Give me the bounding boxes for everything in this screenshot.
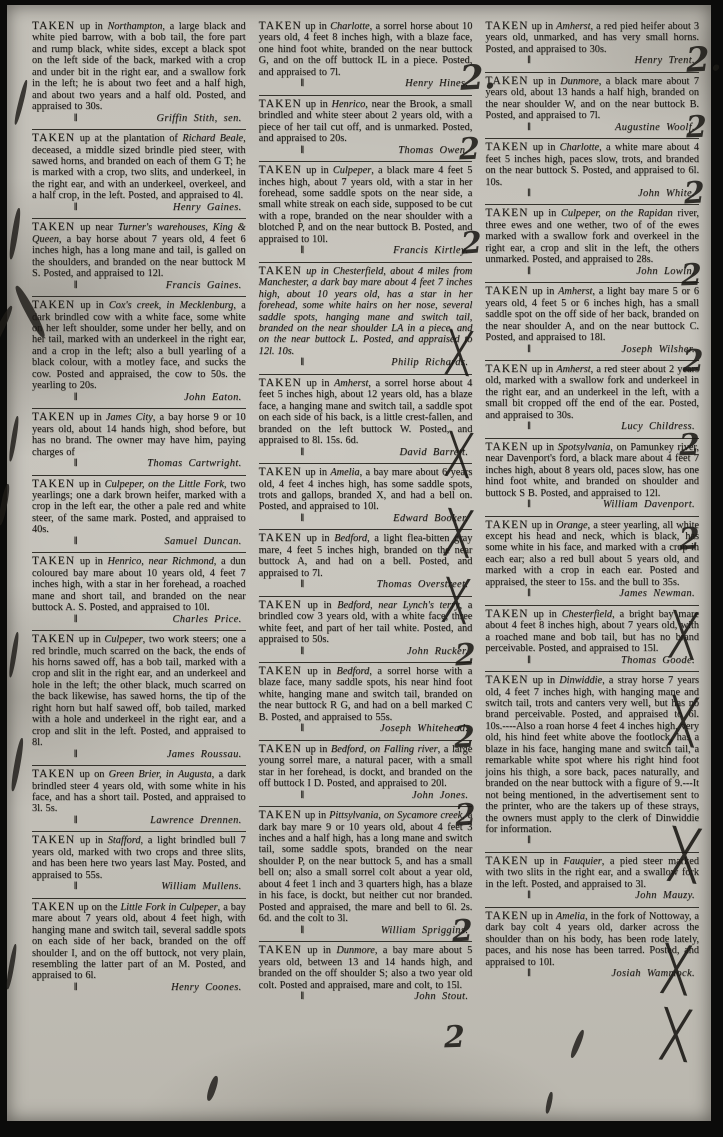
signature: David Barrett. <box>304 447 468 460</box>
signature-row: ‖Thomas Overstreet. <box>259 579 473 592</box>
signature-row: ‖Griffin Stith, sen. <box>32 113 246 126</box>
notice-lead-word: TAKEN <box>485 910 528 922</box>
estray-notice: TAKEN up in Orange, a steer yearling, al… <box>485 516 699 603</box>
notice-opening: up in <box>529 911 556 922</box>
estray-notice: TAKEN up in Culpeper, on the Little Fork… <box>32 475 246 551</box>
notice-body: TAKEN up in Dunmore, a bay mare about 5 … <box>259 945 473 991</box>
notice-body: TAKEN up in Charlotte, a white mare abou… <box>485 142 699 188</box>
notice-opening: up in <box>302 378 334 389</box>
signature-row: ‖Philip Richards. <box>259 357 473 370</box>
notice-place: Little Fork in Culpeper <box>120 902 217 913</box>
notice-body: TAKEN up at the plantation of Richard Be… <box>32 133 246 202</box>
notice-columns: TAKEN up in Northampton, a large black a… <box>7 5 711 1005</box>
signature-row: ‖John Mauzy. <box>485 890 699 903</box>
notice-opening: up in <box>75 412 106 423</box>
notice-body: TAKEN up in Spotsylvania, on Pamunkey ri… <box>485 442 699 499</box>
notice-body: TAKEN up in Chesterfield, a bright bay m… <box>485 609 699 655</box>
notice-body: TAKEN up in Culpeper, on the Rapidan riv… <box>485 208 699 265</box>
signature-row: ‖John Lowin. <box>485 266 699 279</box>
notice-body: TAKEN up in Pittsylvania, on Sycamore cr… <box>259 810 473 925</box>
notice-body: TAKEN up in Orange, a steer yearling, al… <box>485 520 699 589</box>
notice-text: , a dark bay mare 9 or 10 years old, abo… <box>259 810 473 924</box>
signature: Joseph Wilsher. <box>531 344 695 357</box>
notice-body: TAKEN up in Amelia, in the fork of Notto… <box>485 911 699 968</box>
estray-notice: TAKEN up in Northampton, a large black a… <box>32 18 246 127</box>
estray-notice: TAKEN up in Amherst, a red pied heifer a… <box>485 18 699 70</box>
notice-opening: up in <box>302 600 337 611</box>
estray-notice: TAKEN up in Henrico, near Richmond, a du… <box>32 552 246 628</box>
estray-notice: TAKEN up in Spotsylvania, on Pamunkey ri… <box>485 438 699 514</box>
notice-lead-word: TAKEN <box>32 299 75 311</box>
notice-place: Richard Beale <box>182 133 243 144</box>
estray-notice: TAKEN up in Amelia, in the fork of Notto… <box>485 907 699 983</box>
signature: Charles Price. <box>77 614 241 627</box>
signature-row: ‖Samuel Duncan. <box>32 536 246 549</box>
signature-row: ‖David Barrett. <box>259 447 473 460</box>
signature-row: ‖Henry Coones. <box>32 982 246 995</box>
notice-body: TAKEN up in James City, a bay horse 9 or… <box>32 412 246 458</box>
notice-body: TAKEN up in Cox's creek, in Mecklenburg,… <box>32 300 246 392</box>
notice-place: Dunmore <box>560 76 599 87</box>
signature: Philip Richards. <box>304 357 468 370</box>
signature-row: ‖Josiah Wammock. <box>485 968 699 981</box>
notice-place: Amherst <box>558 286 592 297</box>
notice-lead-word: TAKEN <box>485 20 528 32</box>
signature-row: ‖Francis Kirtley. <box>259 245 473 258</box>
estray-notice: TAKEN up in Culpeper, two work steers; o… <box>32 630 246 763</box>
notice-opening: up near <box>75 222 118 233</box>
notice-place: Culpeper <box>333 165 371 176</box>
signature-row: ‖Joseph Wilsher. <box>485 344 699 357</box>
notice-opening: up in <box>75 835 108 846</box>
signature-row: ‖William Davenport. <box>485 499 699 512</box>
estray-notice: TAKEN up in Pittsylvania, on Sycamore cr… <box>259 806 473 939</box>
notice-lead-word: TAKEN <box>259 98 302 110</box>
notice-body: TAKEN up in Bedford, near Lynch's terry,… <box>259 600 473 646</box>
signature-row: ‖Thomas Owen. <box>259 145 473 158</box>
notice-place: Bedford, near Lynch's terry <box>337 600 459 611</box>
signature: James Newman. <box>531 588 695 601</box>
signature-row: ‖John White. <box>485 188 699 201</box>
notice-opening: up in <box>529 364 557 375</box>
signature: John Rucker. <box>304 646 468 659</box>
notice-body: TAKEN up in Amherst, a sorrel horse abou… <box>259 378 473 447</box>
estray-notice: TAKEN up in Chesterfield, about 4 miles … <box>259 262 473 372</box>
signature-row: ‖Lawrence Drennen. <box>32 815 246 828</box>
notice-opening: up in <box>529 520 557 531</box>
signature: James Roussau. <box>77 749 241 762</box>
column-middle: TAKEN up in Charlotte, a sorrel horse ab… <box>259 18 473 1005</box>
notice-lead-word: TAKEN <box>485 75 528 87</box>
estray-notice: TAKEN up in Henrico, near the Brook, a s… <box>259 95 473 159</box>
notice-body: TAKEN up in Henrico, near Richmond, a du… <box>32 556 246 613</box>
signature: Edward Booker. <box>304 513 468 526</box>
estray-notice: TAKEN up in Charlotte, a sorrel horse ab… <box>259 18 473 93</box>
signature-row: ‖James Roussau. <box>32 749 246 762</box>
notice-lead-word: TAKEN <box>259 809 302 821</box>
estray-notice: TAKEN up in Bedford, on Falling river, a… <box>259 740 473 804</box>
notice-lead-word: TAKEN <box>32 834 75 846</box>
signature: Thomas Overstreet. <box>304 579 468 592</box>
notice-place: Amherst <box>556 364 590 375</box>
estray-notice: TAKEN up in Dunmore, a black mare about … <box>485 72 699 136</box>
signature-row: ‖Thomas Cartwright. <box>32 458 246 471</box>
notice-lead-word: TAKEN <box>485 855 528 867</box>
column-right: TAKEN up in Amherst, a red pied heifer a… <box>485 18 699 1005</box>
signature-row: ‖Henry Gaines. <box>32 202 246 215</box>
notice-lead-word: TAKEN <box>32 411 75 423</box>
signature-row: ‖John Eaton. <box>32 392 246 405</box>
notice-place: Dinwiddie <box>559 675 602 686</box>
signature-row: ‖Henry Trent. <box>485 55 699 68</box>
notice-body: TAKEN up in Dunmore, a black mare about … <box>485 76 699 122</box>
estray-notice: TAKEN up in Bedford, a sorrel horse with… <box>259 662 473 738</box>
notice-lead-word: TAKEN <box>32 478 75 490</box>
notice-place: Amelia <box>330 467 359 478</box>
signature: Henry Coones. <box>77 982 241 995</box>
signature: Henry Gaines. <box>77 202 241 215</box>
notice-body: TAKEN up near Turner's warehouses, King … <box>32 222 246 279</box>
notice-lead-word: TAKEN <box>485 363 528 375</box>
signature: William Davenport. <box>531 499 695 512</box>
notice-body: TAKEN up in Culpeper, on the Little Fork… <box>32 479 246 536</box>
signature-row: ‖James Newman. <box>485 588 699 601</box>
notice-opening: up in <box>302 666 337 677</box>
notice-body: TAKEN up in Amelia, a bay mare about 6 y… <box>259 467 473 513</box>
signature: John Eaton. <box>77 392 241 405</box>
notice-body: TAKEN up in Culpeper, a black mare 4 fee… <box>259 165 473 245</box>
notice-opening: up in <box>75 634 104 645</box>
notice-place: Bedford <box>334 533 367 544</box>
notice-body: TAKEN up in Northampton, a large black a… <box>32 21 246 113</box>
signature: Josiah Wammock. <box>531 968 695 981</box>
notice-opening: up in <box>302 266 333 277</box>
notice-place: Chesterfield <box>333 266 383 277</box>
notice-body: TAKEN up in Henrico, near the Brook, a s… <box>259 99 473 145</box>
notice-lead-word: TAKEN <box>485 285 528 297</box>
notice-text: , a sorrel horse about 4 feet 5 inches h… <box>259 378 473 446</box>
notice-place: Cox's creek, in Mecklenburg <box>109 300 234 311</box>
notice-body: TAKEN up in Amherst, a light bay mare 5 … <box>485 286 699 343</box>
notice-lead-word: TAKEN <box>485 608 528 620</box>
notice-place: Charlotte <box>560 142 599 153</box>
notice-opening: up in <box>529 856 564 867</box>
notice-place: Spotsylvania <box>558 442 611 453</box>
signature-row: ‖Augustine Woolf. <box>485 122 699 135</box>
notice-lead-word: TAKEN <box>485 441 528 453</box>
signature: Thomas Owen. <box>304 145 468 158</box>
notice-body: TAKEN up in Fauquier, a pied steer marke… <box>485 856 699 890</box>
notice-body: TAKEN up in Amherst, a red steer about 2… <box>485 364 699 421</box>
notice-place: Culpeper <box>104 634 142 645</box>
estray-notice: TAKEN up in Bedford, a light flea-bitten… <box>259 529 473 593</box>
section-mark-icon: ‖ <box>527 835 530 848</box>
estray-notice: TAKEN up in Charlotte, a white mare abou… <box>485 138 699 202</box>
signature: Augustine Woolf. <box>531 122 695 135</box>
notice-lead-word: TAKEN <box>32 132 75 144</box>
notice-body: TAKEN up in Bedford, on Falling river, a… <box>259 744 473 790</box>
notice-opening: up in <box>75 21 107 32</box>
notice-opening: up in <box>529 675 560 686</box>
signature: William Mullens. <box>77 881 241 894</box>
notice-opening: up in <box>302 467 331 478</box>
notice-place: Pittsylvania, on Sycamore creek <box>329 810 462 821</box>
notice-place: Culpeper, on the Rapidan <box>561 208 673 219</box>
estray-notice: TAKEN up in Stafford, a light brindled b… <box>32 831 246 895</box>
notice-body: TAKEN up on Green Brier, in Augusta, a d… <box>32 769 246 815</box>
notice-place: James City <box>106 412 153 423</box>
notice-lead-word: TAKEN <box>259 944 302 956</box>
signature-row: ‖Francis Gaines. <box>32 280 246 293</box>
notice-lead-word: TAKEN <box>32 221 75 233</box>
notice-lead-word: TAKEN <box>259 599 302 611</box>
notice-body: TAKEN up in Charlotte, a sorrel horse ab… <box>259 21 473 78</box>
notice-lead-word: TAKEN <box>485 519 528 531</box>
notice-opening: up in <box>529 76 561 87</box>
estray-notice: TAKEN up on Green Brier, in Augusta, a d… <box>32 765 246 829</box>
notice-text: , about 4 miles from Manchester, a dark … <box>259 266 473 357</box>
notice-lead-word: TAKEN <box>485 674 528 686</box>
notice-text: , a dark brindled cow with a white face,… <box>32 300 246 391</box>
signature: Samuel Duncan. <box>77 536 241 549</box>
signature-row: ‖William Mullens. <box>32 881 246 894</box>
notice-body: TAKEN up in Amherst, a red pied heifer a… <box>485 21 699 55</box>
signature: John Stout. <box>304 991 468 1004</box>
notice-lead-word: TAKEN <box>32 768 75 780</box>
signature-row: ‖John Stout. <box>259 991 473 1004</box>
notice-opening: up in <box>529 609 562 620</box>
notice-text: , a large black and white pied barrow, w… <box>32 21 246 112</box>
notice-opening: up in <box>302 99 332 110</box>
estray-notice: TAKEN up in Bedford, near Lynch's terry,… <box>259 596 473 660</box>
notice-opening: up in <box>302 945 336 956</box>
notice-text: , a stray horse 7 years old, 4 feet 7 in… <box>485 675 699 835</box>
notice-lead-word: TAKEN <box>32 555 75 567</box>
signature-row: ‖Lucy Childress. <box>485 421 699 434</box>
notice-place: Fauquier <box>563 856 601 867</box>
notice-body: TAKEN up in Chesterfield, about 4 miles … <box>259 266 473 358</box>
notice-lead-word: TAKEN <box>259 377 302 389</box>
estray-notice: TAKEN up in Amelia, a bay mare about 6 y… <box>259 463 473 527</box>
notice-lead-word: TAKEN <box>259 265 302 277</box>
signature-row: ‖Charles Price. <box>32 614 246 627</box>
estray-notice: TAKEN up in Cox's creek, in Mecklenburg,… <box>32 296 246 406</box>
notice-opening: up in <box>302 744 331 755</box>
signature-row: ‖Thomas Goode. <box>485 655 699 668</box>
notice-lead-word: TAKEN <box>259 466 302 478</box>
notice-lead-word: TAKEN <box>259 20 302 32</box>
signature-row: ‖John Rucker. <box>259 646 473 659</box>
notice-lead-word: TAKEN <box>485 207 528 219</box>
notice-place: Amherst <box>556 21 590 32</box>
notice-body: TAKEN up in Bedford, a light flea-bitten… <box>259 533 473 579</box>
notice-place: Culpeper, on the Little Fork <box>105 479 224 490</box>
notice-body: TAKEN up on the Little Fork in Culpeper,… <box>32 902 246 982</box>
notice-lead-word: TAKEN <box>259 164 302 176</box>
notice-lead-word: TAKEN <box>259 665 302 677</box>
notice-body: TAKEN up in Bedford, a sorrel horse with… <box>259 666 473 723</box>
notice-lead-word: TAKEN <box>32 20 75 32</box>
signature: John White. <box>531 188 695 201</box>
estray-notice: TAKEN up in Dinwiddie, a stray horse 7 y… <box>485 671 699 850</box>
notice-opening: up in <box>529 21 557 32</box>
notice-place: Henrico, near Richmond <box>107 556 213 567</box>
notice-opening: up in <box>302 533 334 544</box>
signature-row: ‖William Spriggins. <box>259 925 473 938</box>
estray-notice: TAKEN up in Amherst, a red steer about 2… <box>485 360 699 436</box>
signature-row: ‖John Jones. <box>259 790 473 803</box>
notice-opening: up in <box>75 479 104 490</box>
estray-notice: TAKEN up in James City, a bay horse 9 or… <box>32 408 246 472</box>
notice-place: Green Brier, in Augusta <box>109 769 212 780</box>
notice-opening: up in <box>75 556 107 567</box>
signature: Thomas Cartwright. <box>77 458 241 471</box>
notice-place: Henrico <box>332 99 366 110</box>
notice-body: TAKEN up in Dinwiddie, a stray horse 7 y… <box>485 675 699 835</box>
notice-opening: up in <box>302 21 330 32</box>
notice-body: TAKEN up in Stafford, a light brindled b… <box>32 835 246 881</box>
estray-notice: TAKEN up in Culpeper, a black mare 4 fee… <box>259 161 473 260</box>
notice-body: TAKEN up in Culpeper, two work steers; o… <box>32 634 246 749</box>
notice-place: Orange <box>556 520 587 531</box>
notice-place: Chesterfield <box>562 609 612 620</box>
notice-text: , a black mare 4 feet 5 inches high, abo… <box>259 165 473 245</box>
signature: John Mauzy. <box>531 890 695 903</box>
notice-opening: up on the <box>75 902 120 913</box>
notice-opening: up at the plantation of <box>75 133 182 144</box>
notice-lead-word: TAKEN <box>259 532 302 544</box>
notice-opening: up in <box>529 142 560 153</box>
notice-place: Charlotte <box>330 21 369 32</box>
estray-notice: TAKEN up in Amherst, a light bay mare 5 … <box>485 282 699 358</box>
signature: John Jones. <box>304 790 468 803</box>
notice-opening: up in <box>302 165 333 176</box>
signature: Francis Kirtley. <box>304 245 468 258</box>
notice-place: Northampton <box>107 21 162 32</box>
signature: Thomas Goode. <box>531 655 695 668</box>
signature: Griffin Stith, sen. <box>77 113 241 126</box>
notice-opening: up in <box>302 810 329 821</box>
estray-notice: TAKEN up in Culpeper, on the Rapidan riv… <box>485 204 699 280</box>
notice-place: Dunmore <box>336 945 375 956</box>
notice-opening: up in <box>529 286 559 297</box>
signature: Joseph Whitehead. <box>304 723 468 736</box>
signature: William Spriggins. <box>304 925 468 938</box>
estray-notice: TAKEN up near Turner's warehouses, King … <box>32 218 246 294</box>
notice-place: Stafford <box>108 835 141 846</box>
signature: Francis Gaines. <box>77 280 241 293</box>
signature: Lucy Childress. <box>531 421 695 434</box>
notice-place: Amelia <box>556 911 585 922</box>
signature-row: ‖Edward Booker. <box>259 513 473 526</box>
signature: Lawrence Drennen. <box>77 815 241 828</box>
notice-lead-word: TAKEN <box>32 901 75 913</box>
signature-row: ‖Henry Hines. <box>259 78 473 91</box>
notice-text: , a bay mare about 7 years old, about 4 … <box>32 902 246 982</box>
notice-lead-word: TAKEN <box>259 743 302 755</box>
notice-text: , a bay horse about 7 years old, 4 feet … <box>32 234 246 279</box>
estray-notice: TAKEN up in Fauquier, a pied steer marke… <box>485 852 699 905</box>
estray-notice: TAKEN up in Dunmore, a bay mare about 5 … <box>259 941 473 1005</box>
notice-opening: up in <box>529 442 558 453</box>
notice-opening: up in <box>529 208 561 219</box>
estray-notice: TAKEN up in Chesterfield, a bright bay m… <box>485 605 699 669</box>
notice-text: , two work steers; one a red brindle, mu… <box>32 634 246 748</box>
signature-row: ‖Joseph Whitehead. <box>259 723 473 736</box>
notice-lead-word: TAKEN <box>485 141 528 153</box>
notice-place: Bedford <box>337 666 370 677</box>
signature: John Lowin. <box>531 266 695 279</box>
newspaper-page: TAKEN up in Northampton, a large black a… <box>7 5 711 1121</box>
signature: Henry Hines. <box>304 78 468 91</box>
notice-lead-word: TAKEN <box>32 633 75 645</box>
notice-place: Bedford, on Falling river <box>331 744 438 755</box>
notice-place: Amherst <box>334 378 368 389</box>
notice-opening: up on <box>75 769 108 780</box>
signature: Henry Trent. <box>531 55 695 68</box>
column-left: TAKEN up in Northampton, a large black a… <box>32 18 246 1005</box>
notice-opening: up in <box>75 300 109 311</box>
estray-notice: TAKEN up on the Little Fork in Culpeper,… <box>32 898 246 997</box>
estray-notice: TAKEN up at the plantation of Richard Be… <box>32 129 246 216</box>
estray-notice: TAKEN up in Amherst, a sorrel horse abou… <box>259 374 473 461</box>
signature-row: ‖ <box>485 835 699 848</box>
